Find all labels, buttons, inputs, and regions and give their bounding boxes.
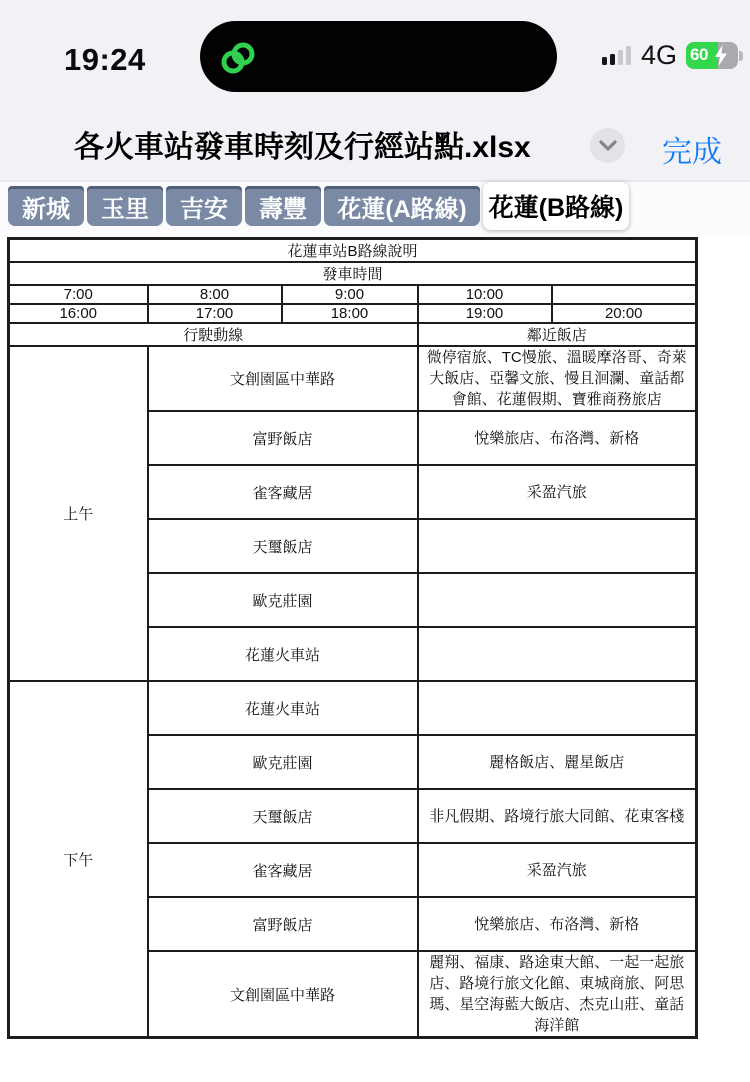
time-cell: 7:00 [9,285,148,304]
stop-cell: 歐克莊園 [148,735,418,789]
stop-cell: 天璽飯店 [148,519,418,573]
time-cell: 20:00 [552,304,697,323]
hotels-cell: 微停宿旅、TC慢旅、溫暖摩洛哥、奇萊大飯店、亞馨文旅、慢且洄瀾、童話都會館、花蓮… [418,346,697,411]
chevron-down-icon [598,139,618,153]
time-cell: 8:00 [148,285,282,304]
sheet-tab-3[interactable]: 吉安 [166,186,242,226]
time-cell: 10:00 [418,285,552,304]
departure-time-header-cell: 發車時間 [9,262,697,285]
table-row: 16:0017:0018:0019:0020:00 [9,304,697,323]
hotels-cell: 采盈汽旅 [418,843,697,897]
period-cell: 下午 [9,681,148,1038]
status-time: 19:24 [64,42,146,78]
charging-bolt-icon [714,45,728,66]
hotels-cell [418,519,697,573]
time-cell [552,285,697,304]
stop-cell: 花蓮火車站 [148,681,418,735]
table-title-cell: 花蓮車站B路線說明 [9,239,697,263]
stop-cell: 雀客藏居 [148,465,418,519]
time-cell: 19:00 [418,304,552,323]
hotspot-link-icon [218,38,258,78]
sheet-tab-bar: 新城玉里吉安壽豐花蓮(A路線)花蓮(B路線) [0,180,750,237]
battery-tip [739,51,743,61]
filename-dropdown-button[interactable] [590,128,625,163]
table-row: 花蓮車站B路線說明 [9,239,697,263]
hotels-cell: 悅樂旅店、布洛灣、新格 [418,897,697,951]
stop-cell: 天璽飯店 [148,789,418,843]
title-bar: 各火車站發車時刻及行經站點.xlsx [0,100,750,180]
time-cell: 16:00 [9,304,148,323]
hotels-cell [418,681,697,735]
dynamic-island [200,21,557,92]
table-row: 發車時間 [9,262,697,285]
stop-cell: 雀客藏居 [148,843,418,897]
route-header-cell: 行駛動線 [9,323,418,346]
status-right-cluster: 4G 60 [602,40,738,71]
hotels-header-cell: 鄰近飯店 [418,323,697,346]
sheet-tab-2[interactable]: 玉里 [87,186,163,226]
hotels-cell: 非凡假期、路境行旅大同館、花東客棧 [418,789,697,843]
time-cell: 18:00 [282,304,418,323]
network-type-label: 4G [641,40,677,71]
stop-cell: 文創園區中華路 [148,346,418,411]
hotels-cell [418,573,697,627]
period-cell: 上午 [9,346,148,681]
hotels-cell [418,627,697,681]
sheet-tab-6-active[interactable]: 花蓮(B路線) [483,182,629,230]
hotels-cell: 麗翔、福康、路途東大館、一起一起旅店、路境行旅文化館、東城商旅、阿思瑪、星空海藍… [418,951,697,1038]
schedule-table: 花蓮車站B路線說明發車時間7:008:009:0010:0016:0017:00… [7,237,698,1039]
stop-cell: 富野飯店 [148,411,418,465]
table-row: 行駛動線鄰近飯店 [9,323,697,346]
table-row: 下午花蓮火車站 [9,681,697,735]
battery-icon: 60 [686,42,738,69]
time-cell: 17:00 [148,304,282,323]
hotels-cell: 悅樂旅店、布洛灣、新格 [418,411,697,465]
sheet-content: 花蓮車站B路線說明發車時間7:008:009:0010:0016:0017:00… [0,237,750,1082]
done-button[interactable]: 完成 [662,127,722,171]
sheet-tab-4[interactable]: 壽豐 [245,186,321,226]
table-row: 上午文創園區中華路微停宿旅、TC慢旅、溫暖摩洛哥、奇萊大飯店、亞馨文旅、慢且洄瀾… [9,346,697,411]
phone-screen: 19:24 4G 60 [0,0,750,1082]
table-row: 7:008:009:0010:00 [9,285,697,304]
battery-percent-label: 60 [690,45,708,65]
stop-cell: 文創園區中華路 [148,951,418,1038]
status-bar: 19:24 4G 60 [0,0,750,100]
stop-cell: 富野飯店 [148,897,418,951]
cellular-signal-icon [602,46,632,66]
hotels-cell: 麗格飯店、麗星飯店 [418,735,697,789]
sheet-tab-5[interactable]: 花蓮(A路線) [324,186,480,226]
sheet-tab-1[interactable]: 新城 [8,186,84,226]
file-title: 各火車站發車時刻及行經站點.xlsx [74,122,531,166]
stop-cell: 歐克莊園 [148,573,418,627]
time-cell: 9:00 [282,285,418,304]
stop-cell: 花蓮火車站 [148,627,418,681]
hotels-cell: 采盈汽旅 [418,465,697,519]
